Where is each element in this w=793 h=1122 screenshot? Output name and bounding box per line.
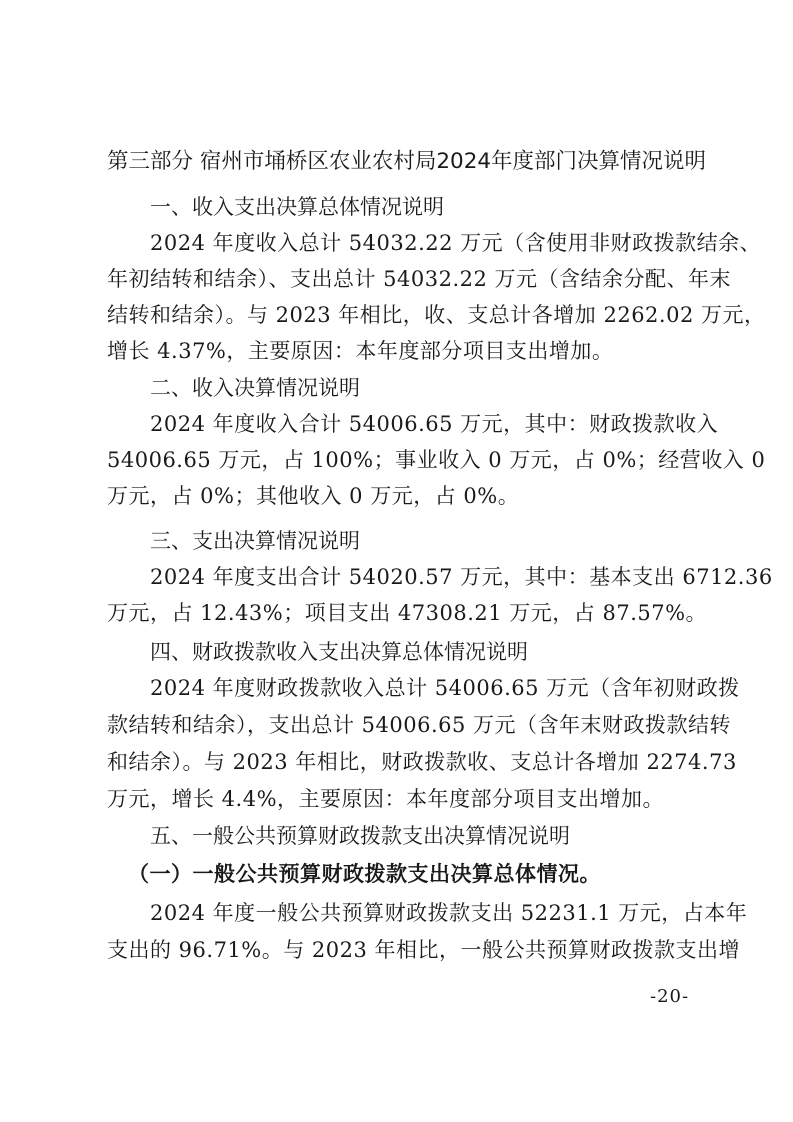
page-number: -20- [650,986,689,1007]
paragraph-line: 2024 年度支出合计 54020.57 万元，其中：基本支出 6712.36 [150,563,693,591]
paragraph-line: 万元，增长 4.4%，主要原因：本年度部分项目支出增加。 [107,785,693,813]
paragraph-line: 2024 年度财政拨款收入总计 54006.65 万元（含年初财政拨 [150,674,693,702]
paragraph-line: 款结转和结余），支出总计 54006.65 万元（含年末财政拨款结转 [107,711,693,739]
paragraph-line: 2024 年度一般公共预算财政拨款支出 52231.1 万元，占本年 [150,899,693,927]
section-heading-4: 四、财政拨款收入支出决算总体情况说明 [150,638,693,666]
section-heading-3: 三、支出决算情况说明 [150,527,693,555]
section-heading-5: 五、一般公共预算财政拨款支出决算情况说明 [150,822,693,850]
document-title: 第三部分 宿州市埇桥区农业农村局2024年度部门决算情况说明 [107,148,693,176]
paragraph-line: 支出的 96.71%。与 2023 年相比，一般公共预算财政拨款支出增 [107,936,693,964]
paragraph-line: 增长 4.37%，主要原因：本年度部分项目支出增加。 [107,337,693,365]
document-page: 第三部分 宿州市埇桥区农业农村局2024年度部门决算情况说明 一、收入支出决算总… [0,0,793,1122]
paragraph-line: 2024 年度收入总计 54032.22 万元（含使用非财政拨款结余、 [150,229,693,257]
paragraph-line: 年初结转和结余）、支出总计 54032.22 万元（含结余分配、年末 [107,265,693,293]
subsection-heading: （一）一般公共预算财政拨款支出决算总体情况。 [128,860,714,888]
paragraph-line: 万元，占 0%；其他收入 0 万元，占 0%。 [107,482,693,510]
paragraph-line: 2024 年度收入合计 54006.65 万元，其中：财政拨款收入 [150,410,693,438]
section-heading-1: 一、收入支出决算总体情况说明 [150,193,693,221]
paragraph-line: 和结余）。与 2023 年相比，财政拨款收、支总计各增加 2274.73 [107,748,693,776]
section-heading-2: 二、收入决算情况说明 [150,374,693,402]
paragraph-line: 万元，占 12.43%；项目支出 47308.21 万元，占 87.57%。 [107,599,693,627]
paragraph-line: 54006.65 万元，占 100%；事业收入 0 万元，占 0%；经营收入 0 [107,446,693,474]
paragraph-line: 结转和结余）。与 2023 年相比，收、支总计各增加 2262.02 万元， [107,301,693,329]
